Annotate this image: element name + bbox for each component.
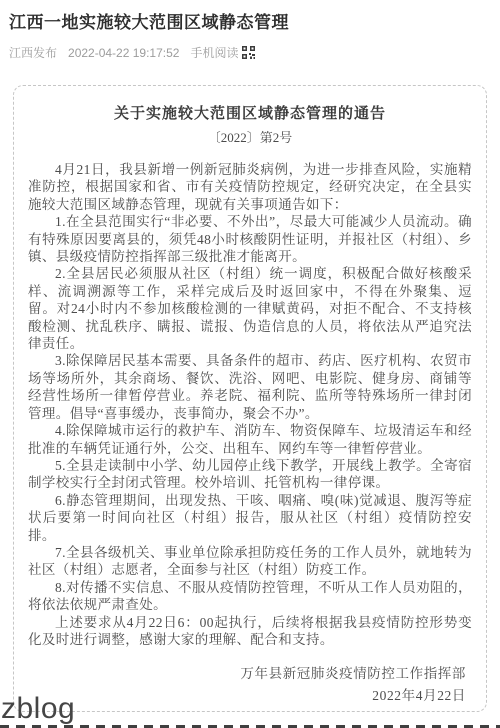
notice-paragraph: 5.全县走读制中小学、幼儿园停止线下教学，开展线上教学。全寄宿制学校实行全封闭式… xyxy=(28,457,472,492)
signature-date: 2022年4月22日 xyxy=(28,685,466,707)
notice-heading: 关于实施较大范围区域静态管理的通告 xyxy=(28,102,472,123)
meta-datetime: 2022-04-22 19:17:52 xyxy=(68,46,179,60)
notice-paragraph: 7.全县各级机关、事业单位除承担防疫任务的工作人员外，就地转为社区（村组）志愿者… xyxy=(28,544,472,579)
mobile-read-label: 手机阅读 xyxy=(190,44,238,61)
meta-source: 江西发布 xyxy=(9,44,57,61)
page-title: 江西一地实施较大范围区域静态管理 xyxy=(9,8,490,33)
article-meta: 江西发布 2022-04-22 19:17:52 手机阅读 xyxy=(9,44,490,61)
notice-paragraph: 3.除保障居民基本需要、具备条件的超市、药店、医疗机构、农贸市场等场所外，其余商… xyxy=(28,352,472,422)
notice-document: 关于实施较大范围区域静态管理的通告 〔2022〕第2号 4月21日，我县新增一例… xyxy=(13,85,487,712)
notice-paragraph: 6.静态管理期间，出现发热、干咳、咽痛、嗅(味)觉减退、腹泻等症状后要第一时间向… xyxy=(28,492,472,544)
qr-code-icon[interactable] xyxy=(242,46,255,59)
notice-paragraph: 4.除保障城市运行的救护车、消防车、物资保障车、垃圾清运车和经批准的车辆凭证通行… xyxy=(28,422,472,457)
notice-paragraph: 2.全县居民必须服从社区（村组）统一调度，积极配合做好核酸采样、流调溯源等工作，… xyxy=(28,265,472,352)
notice-paragraph: 8.对传播不实信息、不服从疫情防控管理，不听从工作人员劝阻的，将依法依规严肃查处… xyxy=(28,579,472,614)
notice-doc-number: 〔2022〕第2号 xyxy=(28,127,472,146)
notice-paragraph: 4月21日，我县新增一例新冠肺炎病例，为进一步排查风险，实施精准防控，根据国家和… xyxy=(28,161,472,213)
notice-paragraph: 上述要求从4月22日6：00起执行，后续将根据我县疫情防控形势变化及时进行调整，… xyxy=(28,614,472,649)
mobile-read-control[interactable]: 手机阅读 xyxy=(190,44,255,61)
watermark-logo: zblog xyxy=(1,692,75,726)
notice-body: 4月21日，我县新增一例新冠肺炎病例，为进一步排查风险，实施精准防控，根据国家和… xyxy=(28,161,472,648)
signature-block: 万年县新冠肺炎疫情防控工作指挥部 2022年4月22日 xyxy=(28,663,472,707)
signature-issuer: 万年县新冠肺炎疫情防控工作指挥部 xyxy=(28,663,466,685)
notice-paragraph: 1.在全县范围实行“非必要、不外出”，尽最大可能减少人员流动。确有特殊原因要离县… xyxy=(28,213,472,265)
